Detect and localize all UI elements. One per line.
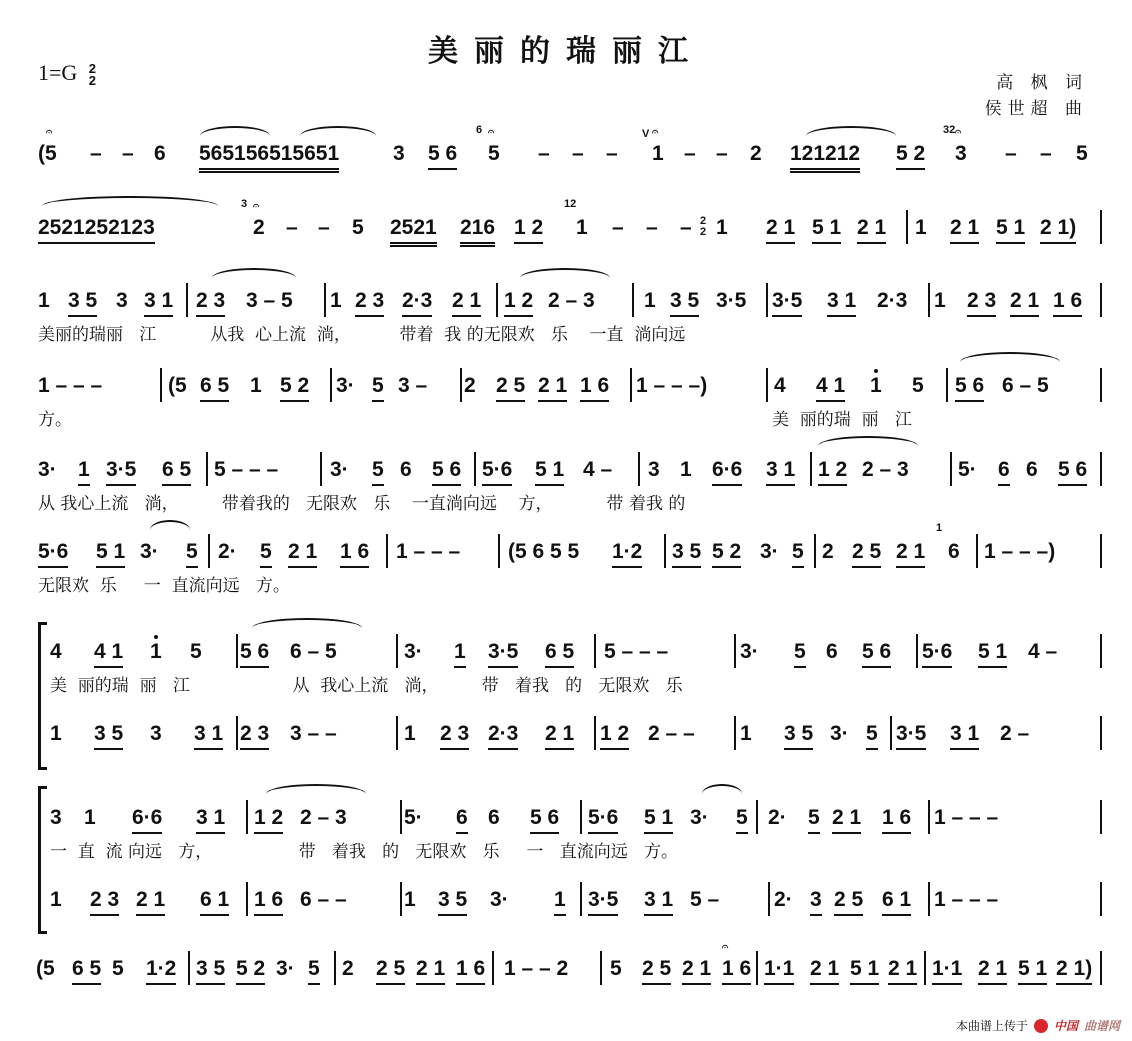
note-group: 2 (253, 214, 265, 242)
lyric-line: 无限欢 乐 一 直流向远 方。 (38, 571, 290, 596)
note-group: 1 – – – (38, 372, 102, 400)
note-group: 3 – (398, 372, 427, 400)
note-group: 5 (866, 720, 878, 750)
barline (396, 634, 398, 668)
score-line-intro-1: (5𝄐––656515651565135 65𝄐6–––1𝄐V––2121212… (0, 140, 1132, 180)
slur (818, 436, 918, 446)
barline (734, 716, 736, 750)
note-group: 6 5 (200, 372, 229, 402)
barline (1100, 716, 1102, 750)
lyric-line: 美 丽的瑞 丽 江 从 我心上流 淌， 带 着我 的 无限欢 乐 (50, 671, 683, 696)
note-group: – (1005, 140, 1017, 168)
barline (1100, 534, 1102, 568)
barline (1100, 882, 1102, 916)
lyric-line: 美丽的瑞丽 江 从我 心上流 淌， 带着 我 的无限欢 乐 一直 淌向远 (38, 320, 685, 345)
note-group: 6 – – (300, 886, 347, 914)
note-group: 1 – – – (934, 804, 998, 832)
note-group: 3 5 (438, 886, 467, 916)
barline (1100, 800, 1102, 834)
note-group: 2 5 (834, 886, 863, 916)
note-group: 3 1 (644, 886, 673, 916)
note-group: 3 (116, 287, 128, 315)
lyric-line: 一 直 流 向远 方， 带 着我 的 无限欢 乐 一 直流向远 方。 (50, 837, 678, 862)
note-group: 3 5 (672, 538, 701, 568)
barline (756, 951, 758, 985)
note-group: – (538, 140, 550, 168)
grace-note: 3 (241, 198, 247, 210)
note-group: 2 5 (642, 955, 671, 985)
site-logo-icon (1034, 1019, 1048, 1033)
note-group: 5 (308, 955, 320, 985)
note-group: 2 – – (648, 720, 695, 748)
barline (1100, 951, 1102, 985)
note-group: 3 1 (144, 287, 173, 317)
note-group: 2 1 (810, 955, 839, 985)
footer-watermark: 本曲谱上传于 中国曲谱网 (956, 1017, 1120, 1034)
note-group: 2 – 3 (862, 456, 909, 484)
note-group: 5 1 (978, 638, 1007, 668)
song-title: 美丽的瑞丽江 (0, 26, 1132, 70)
barline (890, 716, 892, 750)
note-group: 2 3 (90, 886, 119, 916)
note-group: 2 3 (196, 287, 225, 317)
fermata-icon: 𝄐 (652, 126, 658, 139)
note-group: 2·3 (877, 287, 907, 315)
note-group: 2 3 (440, 720, 469, 750)
note-group: 6 (488, 804, 500, 832)
barline (638, 452, 640, 486)
barline (580, 800, 582, 834)
note-group: 5 (808, 804, 820, 834)
barline (630, 368, 632, 402)
barline (1100, 283, 1102, 317)
note-group: 3 (50, 804, 62, 832)
barline (734, 634, 736, 668)
note-group: 3 (955, 140, 967, 168)
barline (386, 534, 388, 568)
octave-dot-high (154, 635, 158, 639)
note-group: 2 (464, 372, 476, 400)
note-group: 5 2 (712, 538, 741, 568)
note-group: 3· (140, 538, 159, 566)
note-group: 5 1 (996, 214, 1025, 244)
note-group: 6 – 5 (1002, 372, 1049, 400)
note-group: 2·3 (488, 720, 518, 750)
grace-note: 32 (943, 124, 955, 136)
note-group: – (684, 140, 696, 168)
note-group: 2 1 (766, 214, 795, 244)
note-group: 6 5 (545, 638, 574, 668)
note-group: 5 2 (280, 372, 309, 402)
note-group: 3· (740, 638, 759, 666)
note-group: 2 1 (545, 720, 574, 750)
note-group: 5 (792, 538, 804, 568)
score-line-intro-2: 25212521232𝄐3––525212161 2112–––1222 15 … (0, 214, 1132, 254)
note-group: 2521252123 (38, 214, 155, 244)
note-group: 2 5 (496, 372, 525, 402)
barline (1100, 634, 1102, 668)
note-group: 3· (330, 456, 349, 484)
barline (396, 716, 398, 750)
note-group: 5 2 (236, 955, 265, 985)
note-group: 6 1 (200, 886, 229, 916)
barline (766, 283, 768, 317)
note-group: 5 (260, 538, 272, 568)
barline (236, 634, 238, 668)
slur (200, 126, 270, 136)
slur (252, 618, 362, 628)
note-group: 1 6 (722, 955, 751, 985)
slur (806, 126, 896, 136)
note-group: 565156515651 (199, 140, 339, 173)
site-name-a: 中国 (1054, 1017, 1078, 1034)
note-group: (5 6 5 5 (508, 538, 579, 566)
slur (520, 268, 610, 278)
barline (492, 951, 494, 985)
note-group: 1 (404, 886, 416, 914)
note-group: 5 1 (812, 214, 841, 244)
note-group: 5 (372, 372, 384, 402)
note-group: 5 6 (1058, 456, 1087, 486)
note-group: 5 – – – (214, 456, 278, 484)
barline (498, 534, 500, 568)
note-group: – (318, 214, 330, 242)
barline (1100, 210, 1102, 244)
note-group: 5· (404, 804, 423, 832)
note-group: 3 (150, 720, 162, 748)
note-group: 6 (998, 456, 1010, 486)
upload-text: 本曲谱上传于 (956, 1017, 1028, 1034)
note-group: 2 1 (452, 287, 481, 317)
note-group: 3 5 (94, 720, 123, 750)
note-group: 3 (393, 140, 405, 168)
key-label: 1=G (38, 60, 77, 85)
lyric-line: 从 我心上流 淌， 带着我的 无限欢 乐 一直淌向远 方， 带 着我 的 (38, 489, 685, 514)
note-group: 1 6 (254, 886, 283, 916)
barline (160, 368, 162, 402)
note-group: 3 1 (196, 804, 225, 834)
note-group: 5·6 (482, 456, 512, 486)
note-group: 4 (50, 638, 62, 666)
note-group: 1 (680, 456, 692, 484)
barline (814, 534, 816, 568)
note-group: 6 (1026, 456, 1038, 484)
note-group: 1 (454, 638, 466, 668)
barline (1100, 452, 1102, 486)
note-group: 1 – – 2 (504, 955, 568, 983)
note-group: 4 1 (94, 638, 123, 668)
note-group: 2521 (390, 214, 437, 247)
octave-dot-high (874, 369, 878, 373)
note-group: 2 5 (852, 538, 881, 568)
note-group: 1 (50, 886, 62, 914)
note-group: 1 (250, 372, 262, 400)
note-group: 5 (610, 955, 622, 983)
barline (246, 882, 248, 916)
lyricist-credit: 高 枫 词 (996, 68, 1088, 93)
note-group: 5 1 (535, 456, 564, 486)
note-group: 3 1 (950, 720, 979, 750)
note-group: 1 (404, 720, 416, 748)
note-group: – (122, 140, 134, 168)
note-group: 2·3 (402, 287, 432, 317)
fermata-icon: 𝄐 (46, 126, 52, 139)
note-group: 2 1) (1040, 214, 1076, 244)
note-group: 5 1 (644, 804, 673, 834)
note-group: 2 1 (1010, 287, 1039, 317)
note-group: 3 5 (68, 287, 97, 317)
fermata-icon: 𝄐 (955, 126, 961, 139)
note-group: 3 (648, 456, 660, 484)
note-group: 3 5 (670, 287, 699, 317)
note-group: 6 – 5 (290, 638, 337, 666)
note-group: 2 – 3 (300, 804, 347, 832)
time-signature: 2 2 (89, 63, 96, 87)
note-group: 5 1 (1018, 955, 1047, 985)
note-group: 2 1 (978, 955, 1007, 985)
note-group: (5 (38, 140, 57, 168)
barline (928, 882, 930, 916)
barline (334, 951, 336, 985)
note-group: 5 (1076, 140, 1088, 168)
note-group: 3 1 (827, 287, 856, 317)
note-group: 1 (576, 214, 588, 242)
note-group: 1 (38, 287, 50, 315)
barline (236, 716, 238, 750)
note-group: 1 2 (600, 720, 629, 750)
note-group: 6 (826, 638, 838, 666)
note-group: 6 5 (162, 456, 191, 486)
note-group: 3·5 (488, 638, 518, 668)
note-group: 2 1 (832, 804, 861, 834)
note-group: 2 1 (682, 955, 711, 985)
note-group: – (646, 214, 658, 242)
note-group: 2 (342, 955, 354, 983)
note-group: 5·6 (38, 538, 68, 568)
key-signature: 1=G 2 2 (38, 60, 96, 87)
note-group: 5 6 (240, 638, 269, 668)
barline (756, 800, 758, 834)
note-group: 6 (948, 538, 960, 566)
note-group: 2 (822, 538, 834, 566)
note-group: 3 – – (290, 720, 337, 748)
note-group: 1·1 (932, 955, 962, 985)
note-group: 1 6 (882, 804, 911, 834)
fermata-icon: 𝄐 (488, 126, 494, 139)
note-group: 6·6 (132, 804, 162, 834)
slur (42, 196, 218, 206)
barline (632, 283, 634, 317)
note-group: 3· (276, 955, 295, 983)
note-group: 5 (190, 638, 202, 666)
note-group: 1 (740, 720, 752, 748)
barline (810, 452, 812, 486)
note-group: 3· (404, 638, 423, 666)
note-group: 1 2 (818, 456, 847, 486)
slur (150, 520, 190, 530)
note-group: – (606, 140, 618, 168)
grace-note: 12 (564, 198, 576, 210)
note-group: (5 (36, 955, 55, 983)
barline (206, 452, 208, 486)
note-group: 1·2 (612, 538, 642, 568)
note-group: 1 – – –) (984, 538, 1055, 566)
note-group: 5 (112, 955, 124, 983)
note-group: 1 2 (504, 287, 533, 317)
note-group: 6 (154, 140, 166, 168)
note-group: 1 6 (1053, 287, 1082, 317)
note-group: 5 – (690, 886, 719, 914)
slur (266, 784, 366, 794)
note-group: 2 3 (355, 287, 384, 317)
slur (300, 126, 376, 136)
barline (320, 452, 322, 486)
barline (208, 534, 210, 568)
score-line-chorus-1-alto: 13 533 12 33 – –12 32·32 11 22 – –13 53·… (0, 720, 1132, 760)
note-group: 5 1 (96, 538, 125, 568)
note-group: 1·2 (146, 955, 176, 985)
note-group: 4 – (583, 456, 612, 484)
barline (186, 283, 188, 317)
note-group: 3·5 (588, 886, 618, 916)
note-group: 1 (84, 804, 96, 832)
note-group: 2 1 (950, 214, 979, 244)
barline (950, 452, 952, 486)
note-group: 1 (150, 638, 162, 666)
note-group: 6 5 (72, 955, 101, 985)
note-group: 1 (644, 287, 656, 315)
note-group: 1 (934, 287, 946, 315)
slur (212, 268, 296, 278)
barline (400, 800, 402, 834)
lyric-line: 方。 (38, 405, 72, 430)
note-group: 3·5 (106, 456, 136, 486)
note-group: 4 1 (816, 372, 845, 402)
note-group: 3· (38, 456, 57, 484)
note-group: 3· (336, 372, 355, 400)
note-group: 2 1 (538, 372, 567, 402)
lyric-line: 美 丽的瑞 丽 江 (772, 405, 912, 430)
barline (928, 800, 930, 834)
note-group: 3· (760, 538, 779, 566)
barline (768, 882, 770, 916)
note-group: 2 1 (288, 538, 317, 568)
note-group: 1 (716, 214, 728, 242)
note-group: 5 1 (850, 955, 879, 985)
note-group: 3 5 (784, 720, 813, 750)
note-group: 1 2 (254, 804, 283, 834)
note-group: 2· (774, 886, 793, 914)
note-group: 1 6 (580, 372, 609, 402)
barline (246, 800, 248, 834)
note-group: 3· (830, 720, 849, 748)
note-group: 2 1 (136, 886, 165, 916)
note-group: 3 (810, 886, 822, 916)
barline (324, 283, 326, 317)
slur (702, 784, 742, 794)
barline (946, 368, 948, 402)
note-group: 5 6 (432, 456, 461, 486)
note-group: 3 1 (766, 456, 795, 486)
score-line-coda: (56 551·23 55 23·522 52 11 61 – – 252 52… (0, 955, 1132, 995)
note-group: 5 – – – (604, 638, 668, 666)
note-group: 5 (794, 638, 806, 668)
barline (594, 716, 596, 750)
note-group: 2 – 3 (548, 287, 595, 315)
note-group: 3· (490, 886, 509, 914)
note-group: – (286, 214, 298, 242)
note-group: 1 (554, 886, 566, 916)
barline (928, 283, 930, 317)
breath-mark-icon: V (642, 128, 649, 140)
slur (960, 352, 1060, 362)
note-group: – (1040, 140, 1052, 168)
note-group: 2 1 (416, 955, 445, 985)
note-group: 5 6 (530, 804, 559, 834)
note-group: 2 1 (888, 955, 917, 985)
note-group: – (90, 140, 102, 168)
note-group: 1 (652, 140, 664, 168)
note-group: 4 (774, 372, 786, 400)
note-group: 5 6 (862, 638, 891, 668)
barline (1100, 368, 1102, 402)
note-group: 5·6 (922, 638, 952, 668)
note-group: 1 (50, 720, 62, 748)
note-group: 5 (912, 372, 924, 400)
barline (474, 452, 476, 486)
barline (496, 283, 498, 317)
note-group: 1 6 (340, 538, 369, 568)
note-group: 3 5 (196, 955, 225, 985)
note-group: 3 – 5 (246, 287, 293, 315)
note-group: 6·6 (712, 456, 742, 486)
note-group: – (680, 214, 692, 242)
site-name-b: 曲谱网 (1084, 1017, 1120, 1034)
barline (916, 634, 918, 668)
barline (766, 368, 768, 402)
score-line-chorus-2-alto: 12 32 16 11 66 – –13 53·13·53 15 –2·32 5… (0, 886, 1132, 926)
chorus-bracket-2 (38, 786, 47, 934)
note-group: 1 (915, 214, 927, 242)
note-group: 2· (218, 538, 237, 566)
note-group: – (716, 140, 728, 168)
note-group: 3·5 (772, 287, 802, 317)
note-group: 5 2 (896, 140, 925, 170)
grace-note: 1 (936, 522, 942, 534)
note-group: 2 1 (857, 214, 886, 244)
note-group: 5 (488, 140, 500, 168)
note-group: 4 – (1028, 638, 1057, 666)
note-group: 5 (352, 214, 364, 242)
note-group: (5 (168, 372, 187, 400)
fermata-icon: 𝄐 (253, 200, 259, 213)
note-group: – (612, 214, 624, 242)
barline (664, 534, 666, 568)
note-group: 5 (736, 804, 748, 834)
note-group: 2 (750, 140, 762, 168)
note-group: 5 (186, 538, 198, 568)
note-group: 1 6 (456, 955, 485, 985)
note-group: 2 3 (967, 287, 996, 317)
note-group: 2 3 (240, 720, 269, 750)
barline (924, 951, 926, 985)
note-group: 3 1 (194, 720, 223, 750)
barline (330, 368, 332, 402)
barline (906, 210, 908, 244)
barline (976, 534, 978, 568)
fermata-icon: 𝄐 (722, 941, 728, 954)
composer-credit: 侯世超 曲 (985, 94, 1088, 119)
